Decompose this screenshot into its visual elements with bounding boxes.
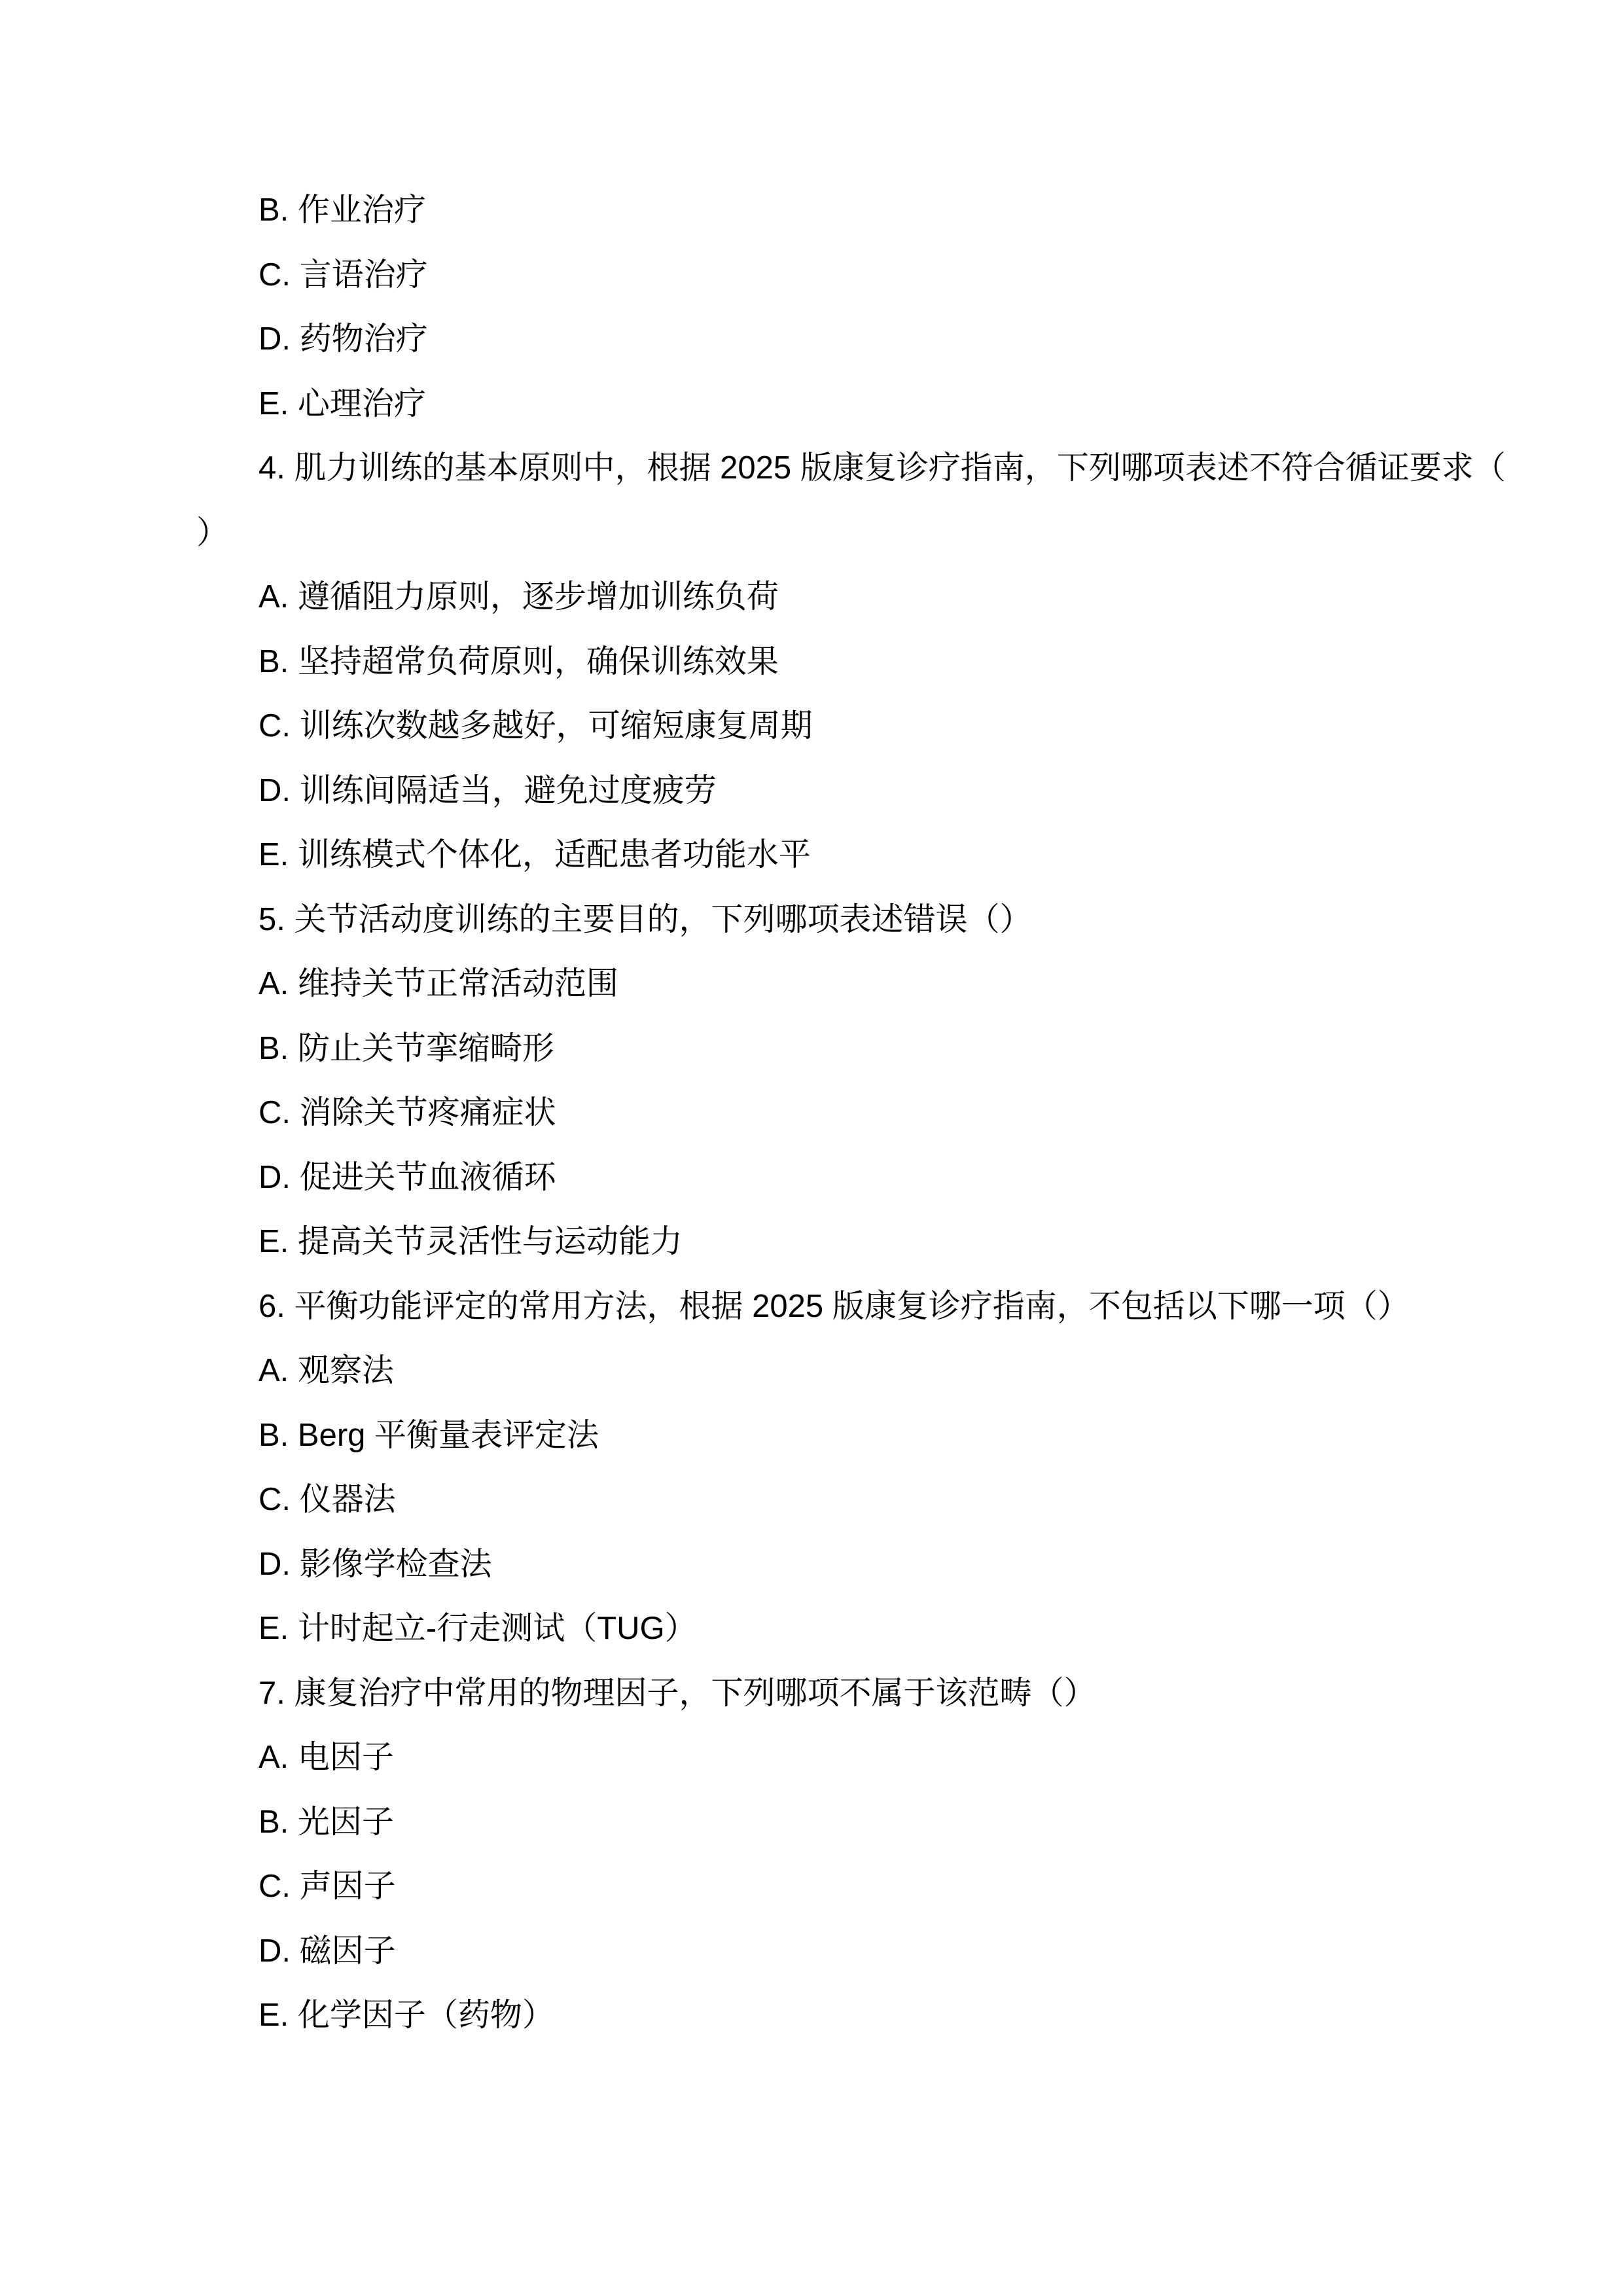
option-line: D. 促进关节血液循环 (196, 1145, 1427, 1210)
option-line: E. 训练模式个体化，适配患者功能水平 (196, 823, 1427, 888)
option-line: A. 观察法 (196, 1338, 1427, 1403)
option-line: D. 影像学检查法 (196, 1532, 1427, 1597)
option-line: C. 言语治疗 (196, 243, 1427, 308)
question-stem: 6. 平衡功能评定的常用方法，根据 2025 版康复诊疗指南，不包括以下哪一项（… (196, 1274, 1427, 1339)
option-line: B. Berg 平衡量表评定法 (196, 1403, 1427, 1468)
option-line: E. 心理治疗 (196, 372, 1427, 437)
option-line: D. 训练间隔适当，避免过度疲劳 (196, 759, 1427, 823)
option-line: E. 化学因子（药物） (196, 1983, 1427, 2048)
option-line: E. 计时起立-行走测试（TUG） (196, 1596, 1427, 1661)
option-line: A. 遵循阻力原则，逐步增加训练负荷 (196, 565, 1427, 630)
document-page: B. 作业治疗 C. 言语治疗 D. 药物治疗 E. 心理治疗 4. 肌力训练的… (0, 0, 1623, 2296)
option-line: D. 磁因子 (196, 1919, 1427, 1984)
question-stem: 5. 关节活动度训练的主要目的，下列哪项表述错误（） (196, 888, 1427, 952)
option-line: B. 光因子 (196, 1790, 1427, 1855)
option-line: A. 维持关节正常活动范围 (196, 952, 1427, 1016)
question-stem-continuation: ） (196, 501, 1427, 565)
question-stem: 7. 康复治疗中常用的物理因子，下列哪项不属于该范畴（） (196, 1661, 1427, 1726)
option-line: B. 作业治疗 (196, 178, 1427, 243)
option-line: D. 药物治疗 (196, 307, 1427, 372)
option-line: C. 消除关节疼痛症状 (196, 1081, 1427, 1145)
option-line: C. 仪器法 (196, 1467, 1427, 1532)
option-line: B. 坚持超常负荷原则，确保训练效果 (196, 630, 1427, 694)
option-line: A. 电因子 (196, 1725, 1427, 1790)
option-line: B. 防止关节挛缩畸形 (196, 1016, 1427, 1081)
option-line: C. 声因子 (196, 1854, 1427, 1919)
text-content: B. 作业治疗 C. 言语治疗 D. 药物治疗 E. 心理治疗 4. 肌力训练的… (196, 178, 1427, 2048)
option-line: E. 提高关节灵活性与运动能力 (196, 1210, 1427, 1274)
question-stem: 4. 肌力训练的基本原则中，根据 2025 版康复诊疗指南，下列哪项表述不符合循… (196, 436, 1427, 501)
option-line: C. 训练次数越多越好，可缩短康复周期 (196, 694, 1427, 759)
